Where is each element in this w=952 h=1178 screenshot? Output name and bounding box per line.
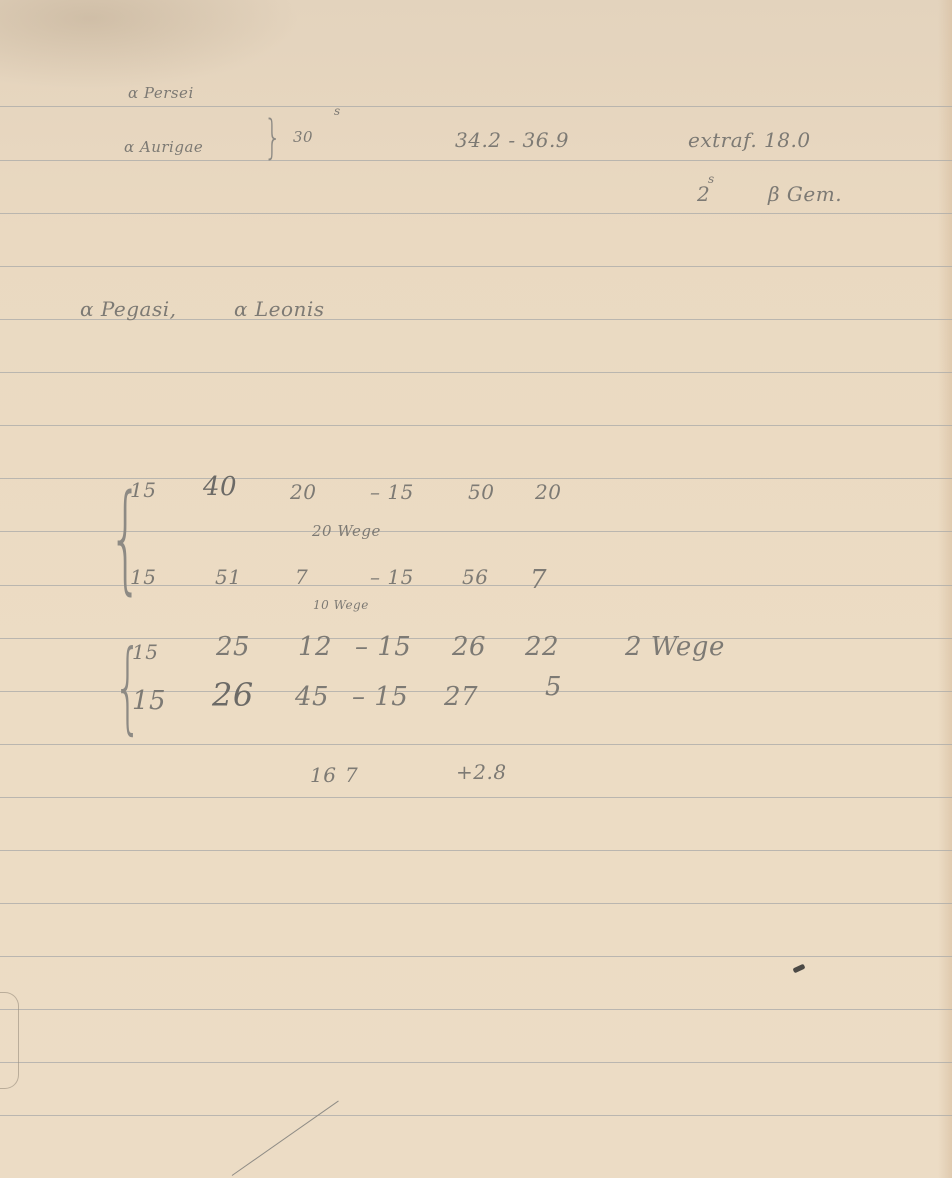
cell-sec: 20 (290, 480, 316, 504)
cell-min-2: 27 (444, 682, 478, 712)
annotation-2-wege: 2 Wege (625, 632, 725, 662)
cell-sec-2: 7 (530, 565, 547, 595)
curly-brace-icon: } (264, 110, 282, 164)
cell-min: 40 (203, 472, 237, 502)
result-hour: 16 (310, 763, 336, 787)
ink-blot-mark (793, 964, 806, 974)
note-2s-superscript: s (708, 172, 715, 186)
cell-sec: 45 (295, 682, 329, 712)
cell-sec-2: 5 (545, 672, 562, 702)
cell-sec: 12 (298, 632, 332, 662)
cell-hour: 15 (132, 686, 166, 716)
cell-min-2: 50 (468, 480, 494, 504)
cell-min: 26 (212, 676, 254, 714)
rule-line (0, 425, 952, 426)
rule-line (0, 744, 952, 745)
rule-line (0, 160, 952, 161)
pencil-stroke (232, 1101, 339, 1176)
range-value: 34.2 - 36.9 (455, 128, 569, 152)
star-alpha-aurigae: α Aurigae (124, 138, 203, 156)
rule-line (0, 266, 952, 267)
note-extraf: extraf. 18.0 (688, 128, 811, 152)
interval-value: 30 (293, 128, 313, 146)
rule-line (0, 531, 952, 532)
cell-hour-2: – 15 (370, 480, 414, 504)
cell-hour: 15 (132, 640, 158, 664)
cell-hour-2: – 15 (370, 565, 414, 589)
paper-edge (938, 0, 952, 1178)
interval-superscript: s (334, 104, 341, 118)
cell-sec-2: 22 (525, 632, 559, 662)
note-beta-gem: β Gem. (768, 182, 842, 206)
rule-line (0, 1009, 952, 1010)
cell-min-2: 56 (462, 565, 488, 589)
result-min: 7 (345, 763, 358, 787)
cell-min-2: 26 (452, 632, 486, 662)
binding-notch (0, 992, 19, 1089)
cell-hour: 15 (130, 565, 156, 589)
rule-line (0, 106, 952, 107)
result-correction: +2.8 (456, 760, 507, 784)
paper-shadow (0, 0, 300, 90)
rule-line (0, 372, 952, 373)
star-alpha-persei: α Persei (128, 84, 194, 102)
cell-hour: 15 (130, 478, 156, 502)
cell-hour-2: – 15 (355, 632, 411, 662)
cell-sec: 7 (295, 565, 308, 589)
rule-line (0, 850, 952, 851)
rule-line (0, 1115, 952, 1116)
rule-line (0, 903, 952, 904)
cell-hour-2: – 15 (352, 682, 408, 712)
star-alpha-leonis: α Leonis (234, 297, 325, 321)
rule-line (0, 1062, 952, 1063)
cell-min: 25 (216, 632, 250, 662)
cell-sec-2: 20 (535, 480, 561, 504)
annotation-10-wege: 10 Wege (313, 598, 369, 612)
annotation-20-wege: 20 Wege (312, 522, 381, 540)
star-alpha-pegasi: α Pegasi, (80, 297, 177, 321)
rule-line (0, 956, 952, 957)
cell-min: 51 (215, 565, 241, 589)
rule-line (0, 213, 952, 214)
rule-line (0, 797, 952, 798)
